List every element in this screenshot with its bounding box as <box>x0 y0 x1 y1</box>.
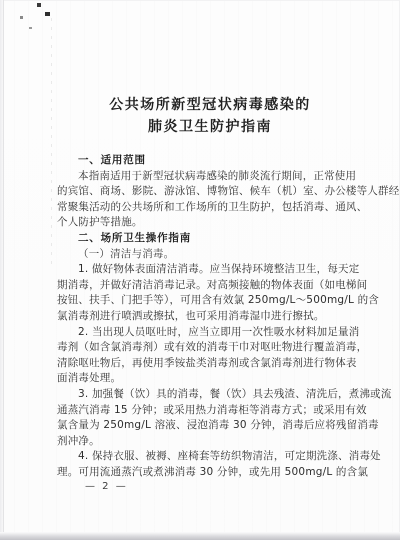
scan-speck <box>37 3 41 7</box>
scan-speck <box>45 12 50 16</box>
scanned-document-page: 公共场所新型冠状病毒感染的 肺炎卫生防护指南 一、适用范围 本指南适用于新型冠状… <box>0 0 400 540</box>
paragraph-line: 个人防护等措施。 <box>57 215 363 231</box>
paragraph-line: 的宾馆、商场、影院、游泳馆、博物馆、候车（机）室、办公楼等人群经 <box>57 184 363 200</box>
document-content: 公共场所新型冠状病毒感染的 肺炎卫生防护指南 一、适用范围 本指南适用于新型冠状… <box>57 0 363 492</box>
paragraph-line: 3. 加强餐（饮）具的消毒，餐（饮）具去残渣、清洗后，煮沸或流 <box>78 387 363 403</box>
paragraph-line: 剂冲净。 <box>57 434 363 450</box>
paragraph-line: 4. 保持衣服、被褥、座椅套等纺织物清洁，可定期洗涤、消毒处 <box>78 449 363 465</box>
page-edge-bottom <box>0 532 400 540</box>
page-number: — 2 — <box>85 481 363 492</box>
paragraph-line: 通蒸汽消毒 15 分钟；或采用热力消毒柜等消毒方式；或采用有效 <box>57 403 363 419</box>
subsection-heading: （一）清洁与消毒。 <box>78 247 363 263</box>
section-heading: 一、适用范围 <box>78 153 363 169</box>
document-body: 一、适用范围 本指南适用于新型冠状病毒感染的肺炎流行期间，正常使用 的宾馆、商场… <box>57 153 363 480</box>
fold-crease <box>51 18 52 268</box>
section-heading: 二、场所卫生操作指南 <box>78 231 363 247</box>
paragraph-line: 期消毒，并做好清洁消毒记录。对高频接触的物体表面（如电梯间 <box>57 278 363 294</box>
paragraph-line: 清除呕吐物后，再使用季铵盐类消毒剂或含氯消毒剂进行物体表 <box>57 356 363 372</box>
document-title-line-2: 肺炎卫生防护指南 <box>57 116 363 138</box>
paragraph-line: 面消毒处理。 <box>57 371 363 387</box>
paragraph-line: 常聚集活动的公共场所和工作场所的卫生防护，包括消毒、通风、 <box>57 200 363 216</box>
paragraph-line: 氯消毒剂进行喷洒或擦拭，也可采用消毒湿巾进行擦拭。 <box>57 309 363 325</box>
paragraph-line: 本指南适用于新型冠状病毒感染的肺炎流行期间，正常使用 <box>78 169 363 185</box>
paragraph-line: 按钮、扶手、门把手等），可用含有效氯 250mg/L～500mg/L 的含 <box>57 293 363 309</box>
document-title-line-1: 公共场所新型冠状病毒感染的 <box>57 94 363 116</box>
paragraph-line: 1. 做好物体表面清洁消毒。应当保持环境整洁卫生，每天定 <box>78 262 363 278</box>
paragraph-line: 理。可用流通蒸汽或煮沸消毒 30 分钟，或先用 500mg/L 的含氯 <box>57 465 363 481</box>
document-title: 公共场所新型冠状病毒感染的 肺炎卫生防护指南 <box>57 94 363 138</box>
paragraph-line: 氯含量为 250mg/L 溶液、浸泡消毒 30 分钟，消毒后应将残留消毒 <box>57 418 363 434</box>
scan-speck <box>29 27 32 29</box>
page-edge-left <box>0 0 4 540</box>
paragraph-line: 毒剂（如含氯消毒剂）或有效的消毒干巾对呕吐物进行覆盖消毒， <box>57 340 363 356</box>
paragraph-line: 2. 当出现人员呕吐时，应当立即用一次性吸水材料加足量消 <box>78 325 363 341</box>
scan-speck <box>20 16 23 19</box>
